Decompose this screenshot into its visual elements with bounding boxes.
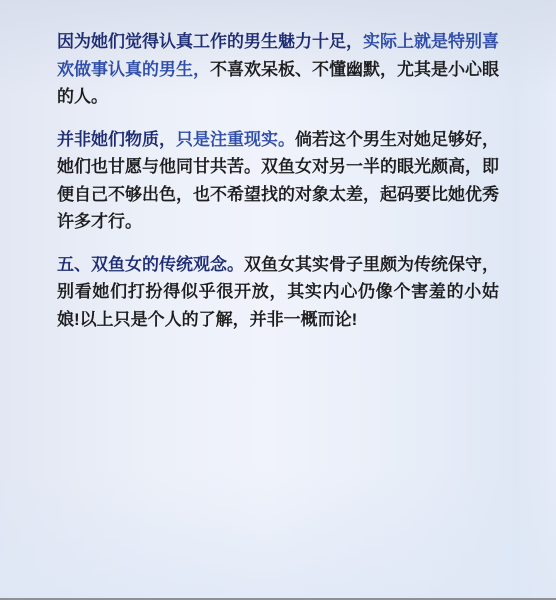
paragraph: 五、双鱼女的传统观念。双鱼女其实骨子里颇为传统保守，别看她们打扮得似乎很开放，其… <box>57 251 499 334</box>
text-segment-royal: 只是注重现实。 <box>176 130 295 149</box>
paragraph: 因为她们觉得认真工作的男生魅力十足，实际上就是特别喜欢做事认真的男生，不喜欢呆板… <box>57 28 499 111</box>
article: 因为她们觉得认真工作的男生魅力十足，实际上就是特别喜欢做事认真的男生，不喜欢呆板… <box>0 0 556 333</box>
text-segment-navy: 因为她们觉得认真工作的男生魅力十足， <box>57 32 363 51</box>
text-card: 因为她们觉得认真工作的男生魅力十足，实际上就是特别喜欢做事认真的男生，不喜欢呆板… <box>0 0 556 600</box>
text-segment-navy: 五、双鱼女的传统观念。 <box>57 255 244 274</box>
paragraph: 并非她们物质，只是注重现实。倘若这个男生对她足够好，她们也甘愿与他同甘共苦。双鱼… <box>57 126 499 236</box>
text-segment-navy: 并非她们物质， <box>57 130 176 149</box>
